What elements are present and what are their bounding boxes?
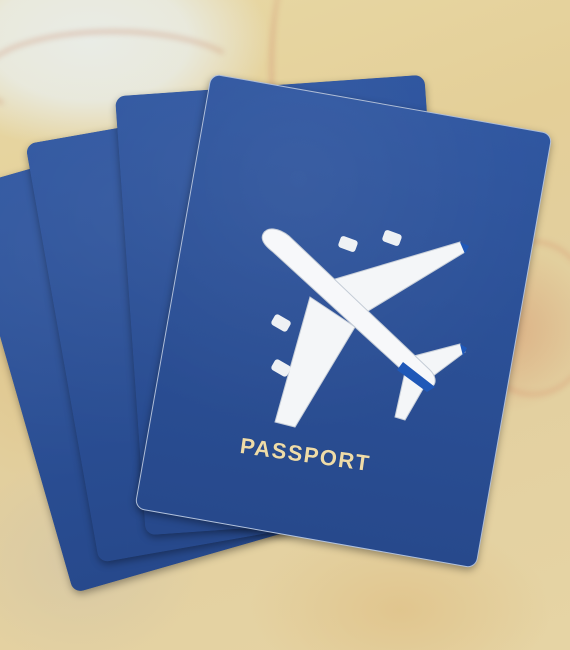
airplane-icon [255, 222, 475, 442]
photo-scene: PASSPORT [0, 0, 570, 650]
